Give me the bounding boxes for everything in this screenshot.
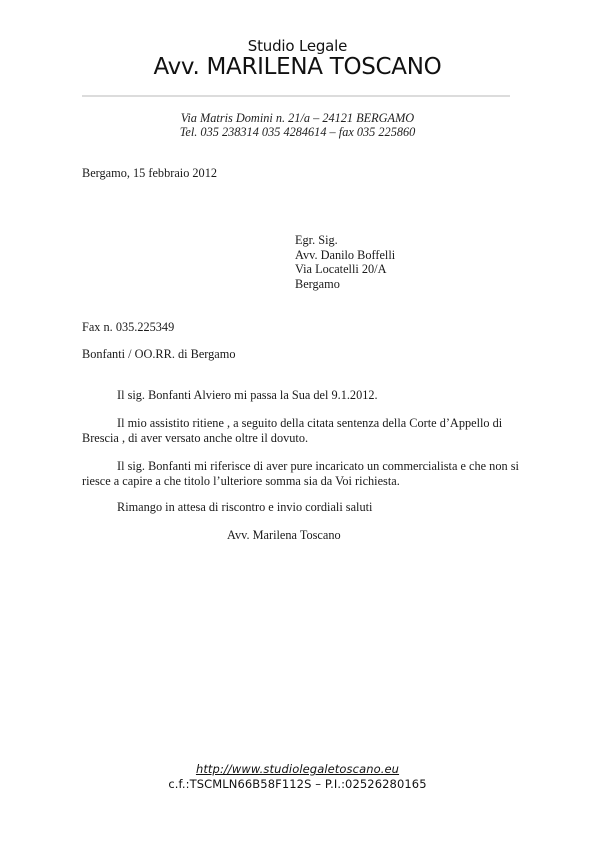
paragraph-line: Il sig. Bonfanti mi riferisce di aver pu… (117, 459, 519, 474)
office-address: Via Matris Domini n. 21/a – 24121 BERGAM… (0, 111, 595, 126)
date-line: Bergamo, 15 febbraio 2012 (82, 166, 217, 181)
lawyer-name: Avv. MARILENA TOSCANO (0, 54, 595, 80)
signature: Avv. Marilena Toscano (227, 528, 341, 543)
recipient-line: Bergamo (295, 277, 340, 291)
website-link[interactable]: http://www.studiolegaletoscano.eu (0, 762, 595, 776)
studio-label: Studio Legale (0, 37, 595, 55)
tax-ids: c.f.:TSCMLN66B58F112S – P.I.:02526280165 (0, 777, 595, 791)
subject-line: Bonfanti / OO.RR. di Bergamo (82, 347, 235, 362)
recipient-line: Egr. Sig. (295, 233, 338, 247)
header-divider (82, 95, 510, 97)
recipient-line: Avv. Danilo Boffelli (295, 248, 395, 262)
paragraph-line: Il mio assistito ritiene , a seguito del… (117, 416, 502, 431)
office-phones: Tel. 035 238314 035 4284614 – fax 035 22… (0, 125, 595, 140)
paragraph-line: Il sig. Bonfanti Alviero mi passa la Sua… (117, 388, 378, 403)
paragraph-line: riesce a capire a che titolo l’ulteriore… (82, 474, 400, 489)
paragraph-line: Brescia , di aver versato anche oltre il… (82, 431, 308, 446)
recipient-line: Via Locatelli 20/A (295, 262, 386, 276)
fax-line: Fax n. 035.225349 (82, 320, 174, 335)
paragraph-line: Rimango in attesa di riscontro e invio c… (117, 500, 372, 515)
